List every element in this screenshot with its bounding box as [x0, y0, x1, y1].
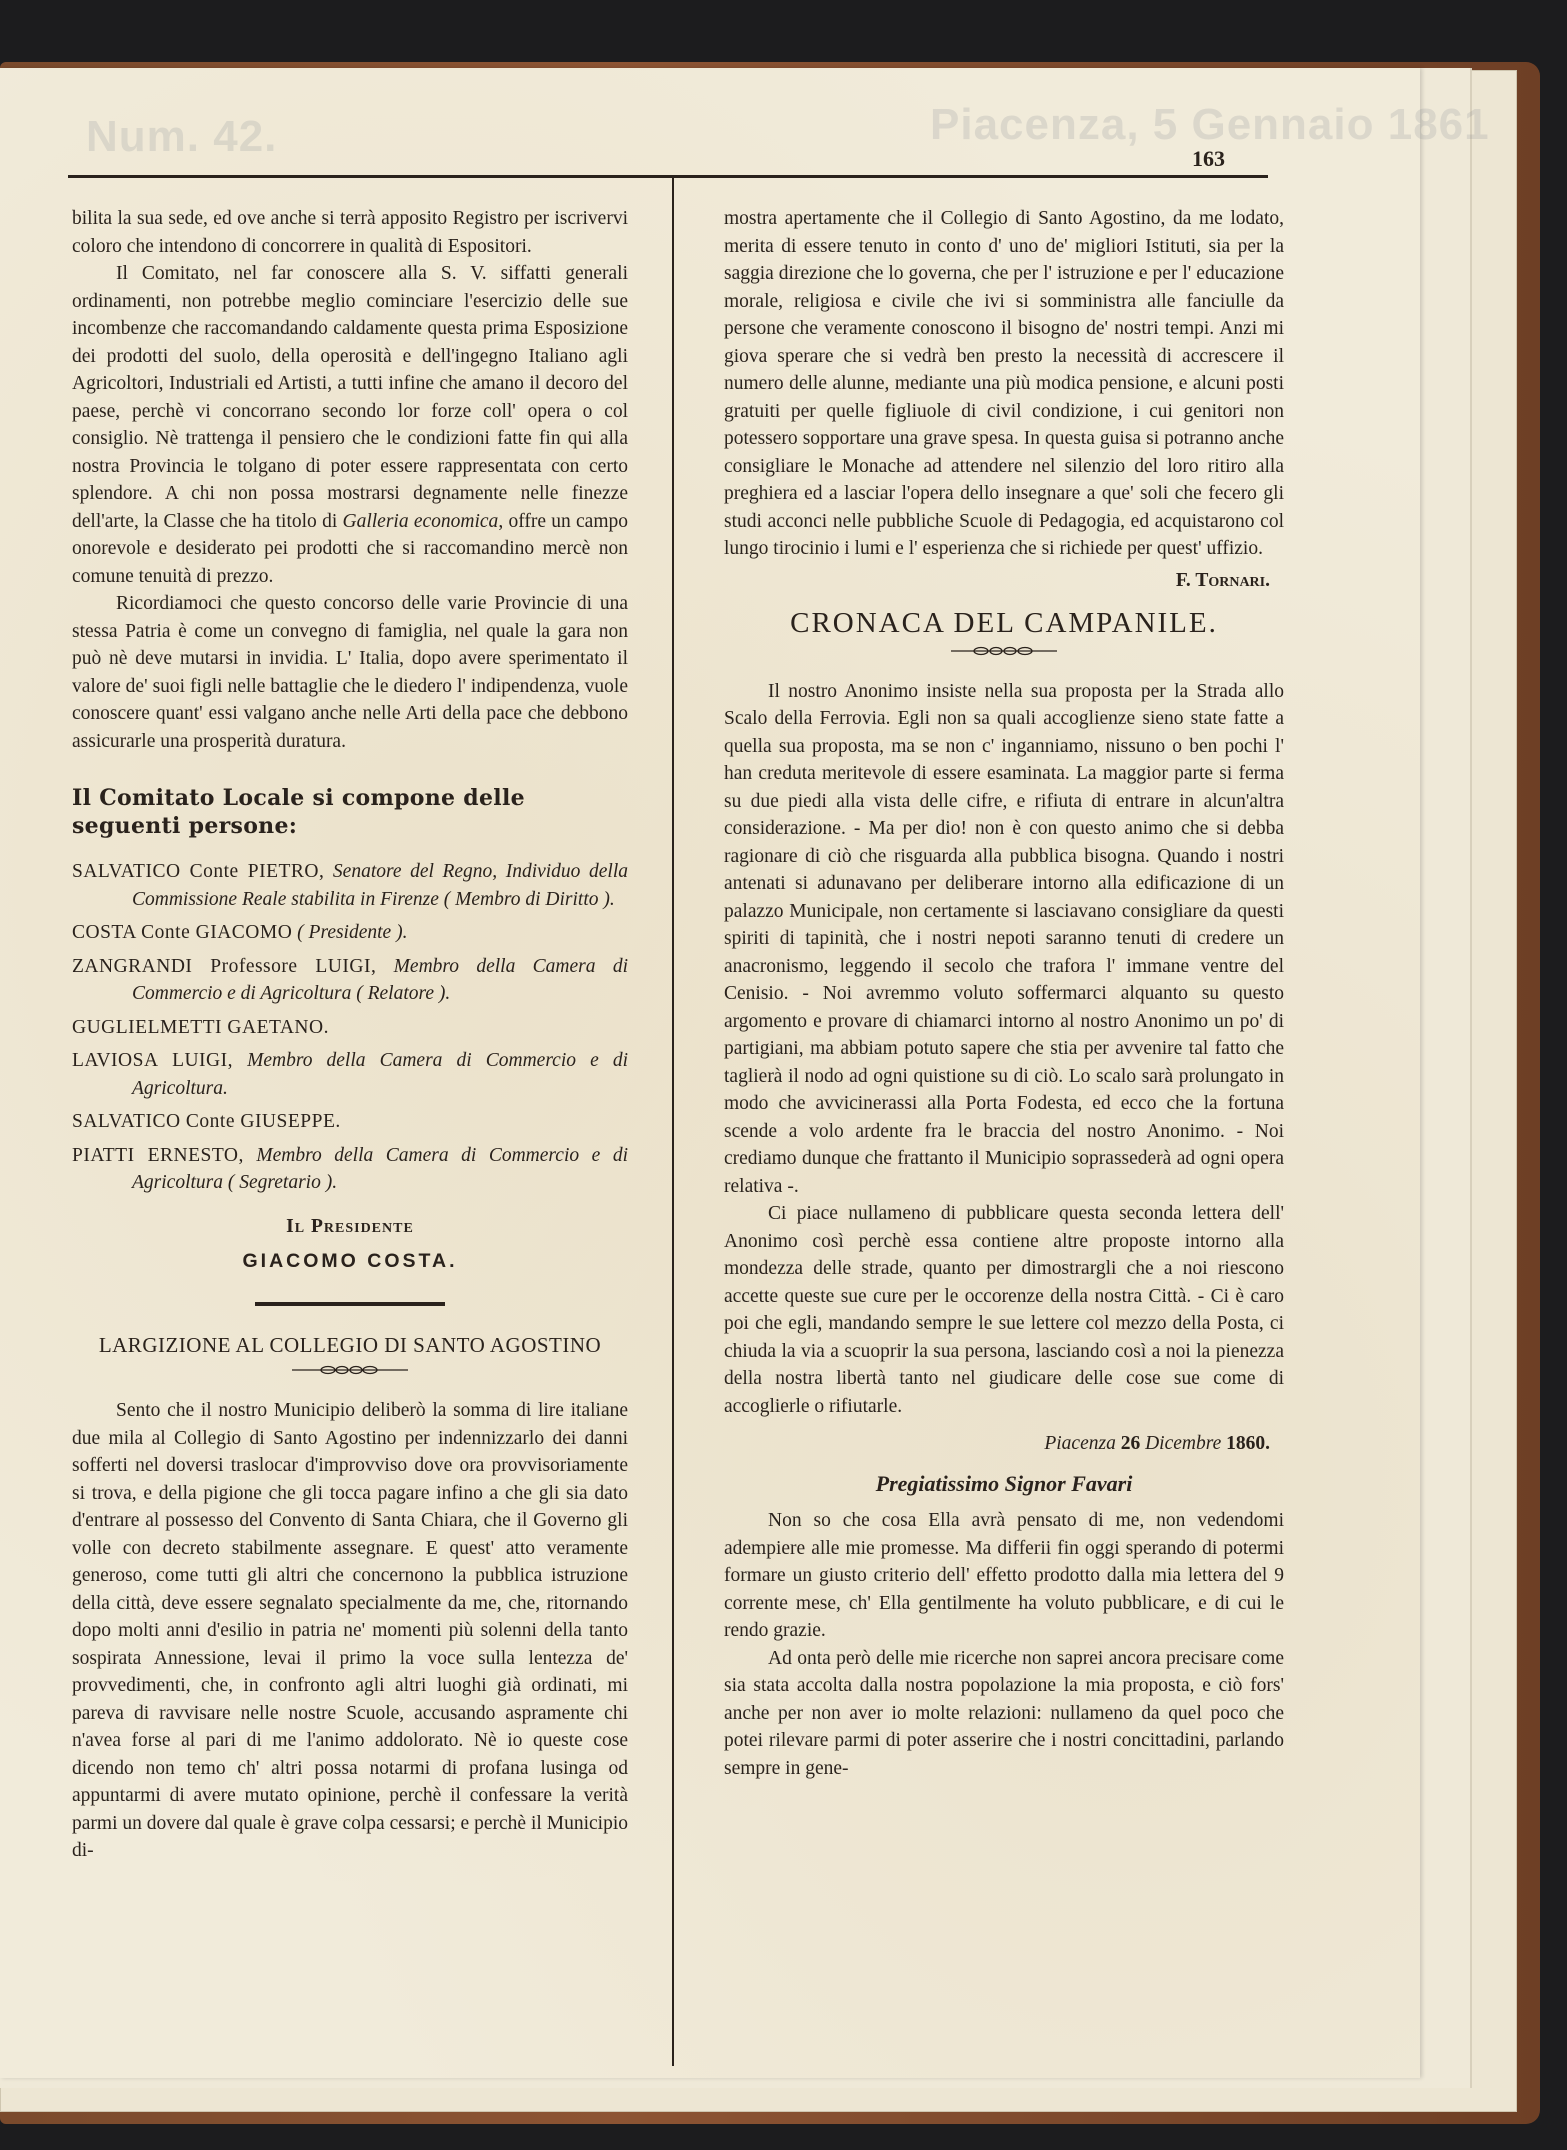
committee-member: GUGLIELMETTI GAETANO.	[72, 1014, 628, 1042]
committee-member: COSTA Conte GIACOMO ( Presidente ).	[72, 919, 628, 947]
article-body: Sento che il nostro Municipio deliberò l…	[72, 1397, 628, 1865]
letter-dateline: Piacenza 26 Dicembre 1860.	[724, 1430, 1284, 1458]
italic-term: Galleria economica	[343, 511, 499, 532]
signature-name: GIACOMO COSTA.	[72, 1248, 628, 1276]
paragraph: Ricordiamoci che questo concorso delle v…	[72, 590, 628, 755]
committee-member: SALVATICO Conte GIUSEPPE.	[72, 1108, 628, 1136]
committee-heading: Il Comitato Locale si compone delle segu…	[72, 785, 628, 840]
ornament-divider-icon	[290, 1363, 410, 1377]
section-separator-rule	[255, 1302, 445, 1306]
ornament-divider-icon	[949, 644, 1059, 658]
letter-salutation: Pregiatissimo Signor Favari	[724, 1470, 1284, 1498]
committee-list: SALVATICO Conte PIETRO, Senatore del Reg…	[72, 858, 628, 1197]
author-signature: F. Tornari.	[724, 567, 1284, 595]
paragraph: Non so che cosa Ella avrà pensato di me,…	[724, 1507, 1284, 1645]
committee-member: LAVIOSA LUIGI, Membro della Camera di Co…	[72, 1047, 628, 1102]
bleed-through-issue-number: Num. 42.	[86, 112, 277, 162]
paragraph: Ad onta però delle mie ricerche non sapr…	[724, 1645, 1284, 1783]
paragraph: Il nostro Anonimo insiste nella sua prop…	[724, 678, 1284, 1201]
article-title: LARGIZIONE AL COLLEGIO DI SANTO AGOSTINO	[72, 1332, 628, 1360]
committee-member: PIATTI ERNESTO, Membro della Camera di C…	[72, 1142, 628, 1197]
header-rule	[68, 175, 1268, 178]
committee-member: ZANGRANDI Professore LUIGI, Membro della…	[72, 953, 628, 1008]
signature-title: Il Presidente	[72, 1213, 628, 1241]
page-number: 163	[1192, 146, 1225, 172]
committee-member: SALVATICO Conte PIETRO, Senatore del Reg…	[72, 858, 628, 913]
right-column: mostra apertamente che il Collegio di Sa…	[724, 205, 1284, 1782]
paragraph: bilita la sua sede, ed ove anche si terr…	[72, 205, 628, 260]
paragraph: Ci piace nullameno di pubblicare questa …	[724, 1200, 1284, 1420]
paragraph: Il Comitato, nel far conoscere alla S. V…	[72, 260, 628, 590]
section-title: CRONACA DEL CAMPANILE.	[724, 610, 1284, 638]
column-divider	[672, 176, 674, 2066]
paragraph: mostra apertamente che il Collegio di Sa…	[724, 205, 1284, 563]
bleed-through-dateline: Piacenza, 5 Gennaio 1861	[930, 100, 1490, 150]
left-column: bilita la sua sede, ed ove anche si terr…	[72, 205, 628, 1865]
